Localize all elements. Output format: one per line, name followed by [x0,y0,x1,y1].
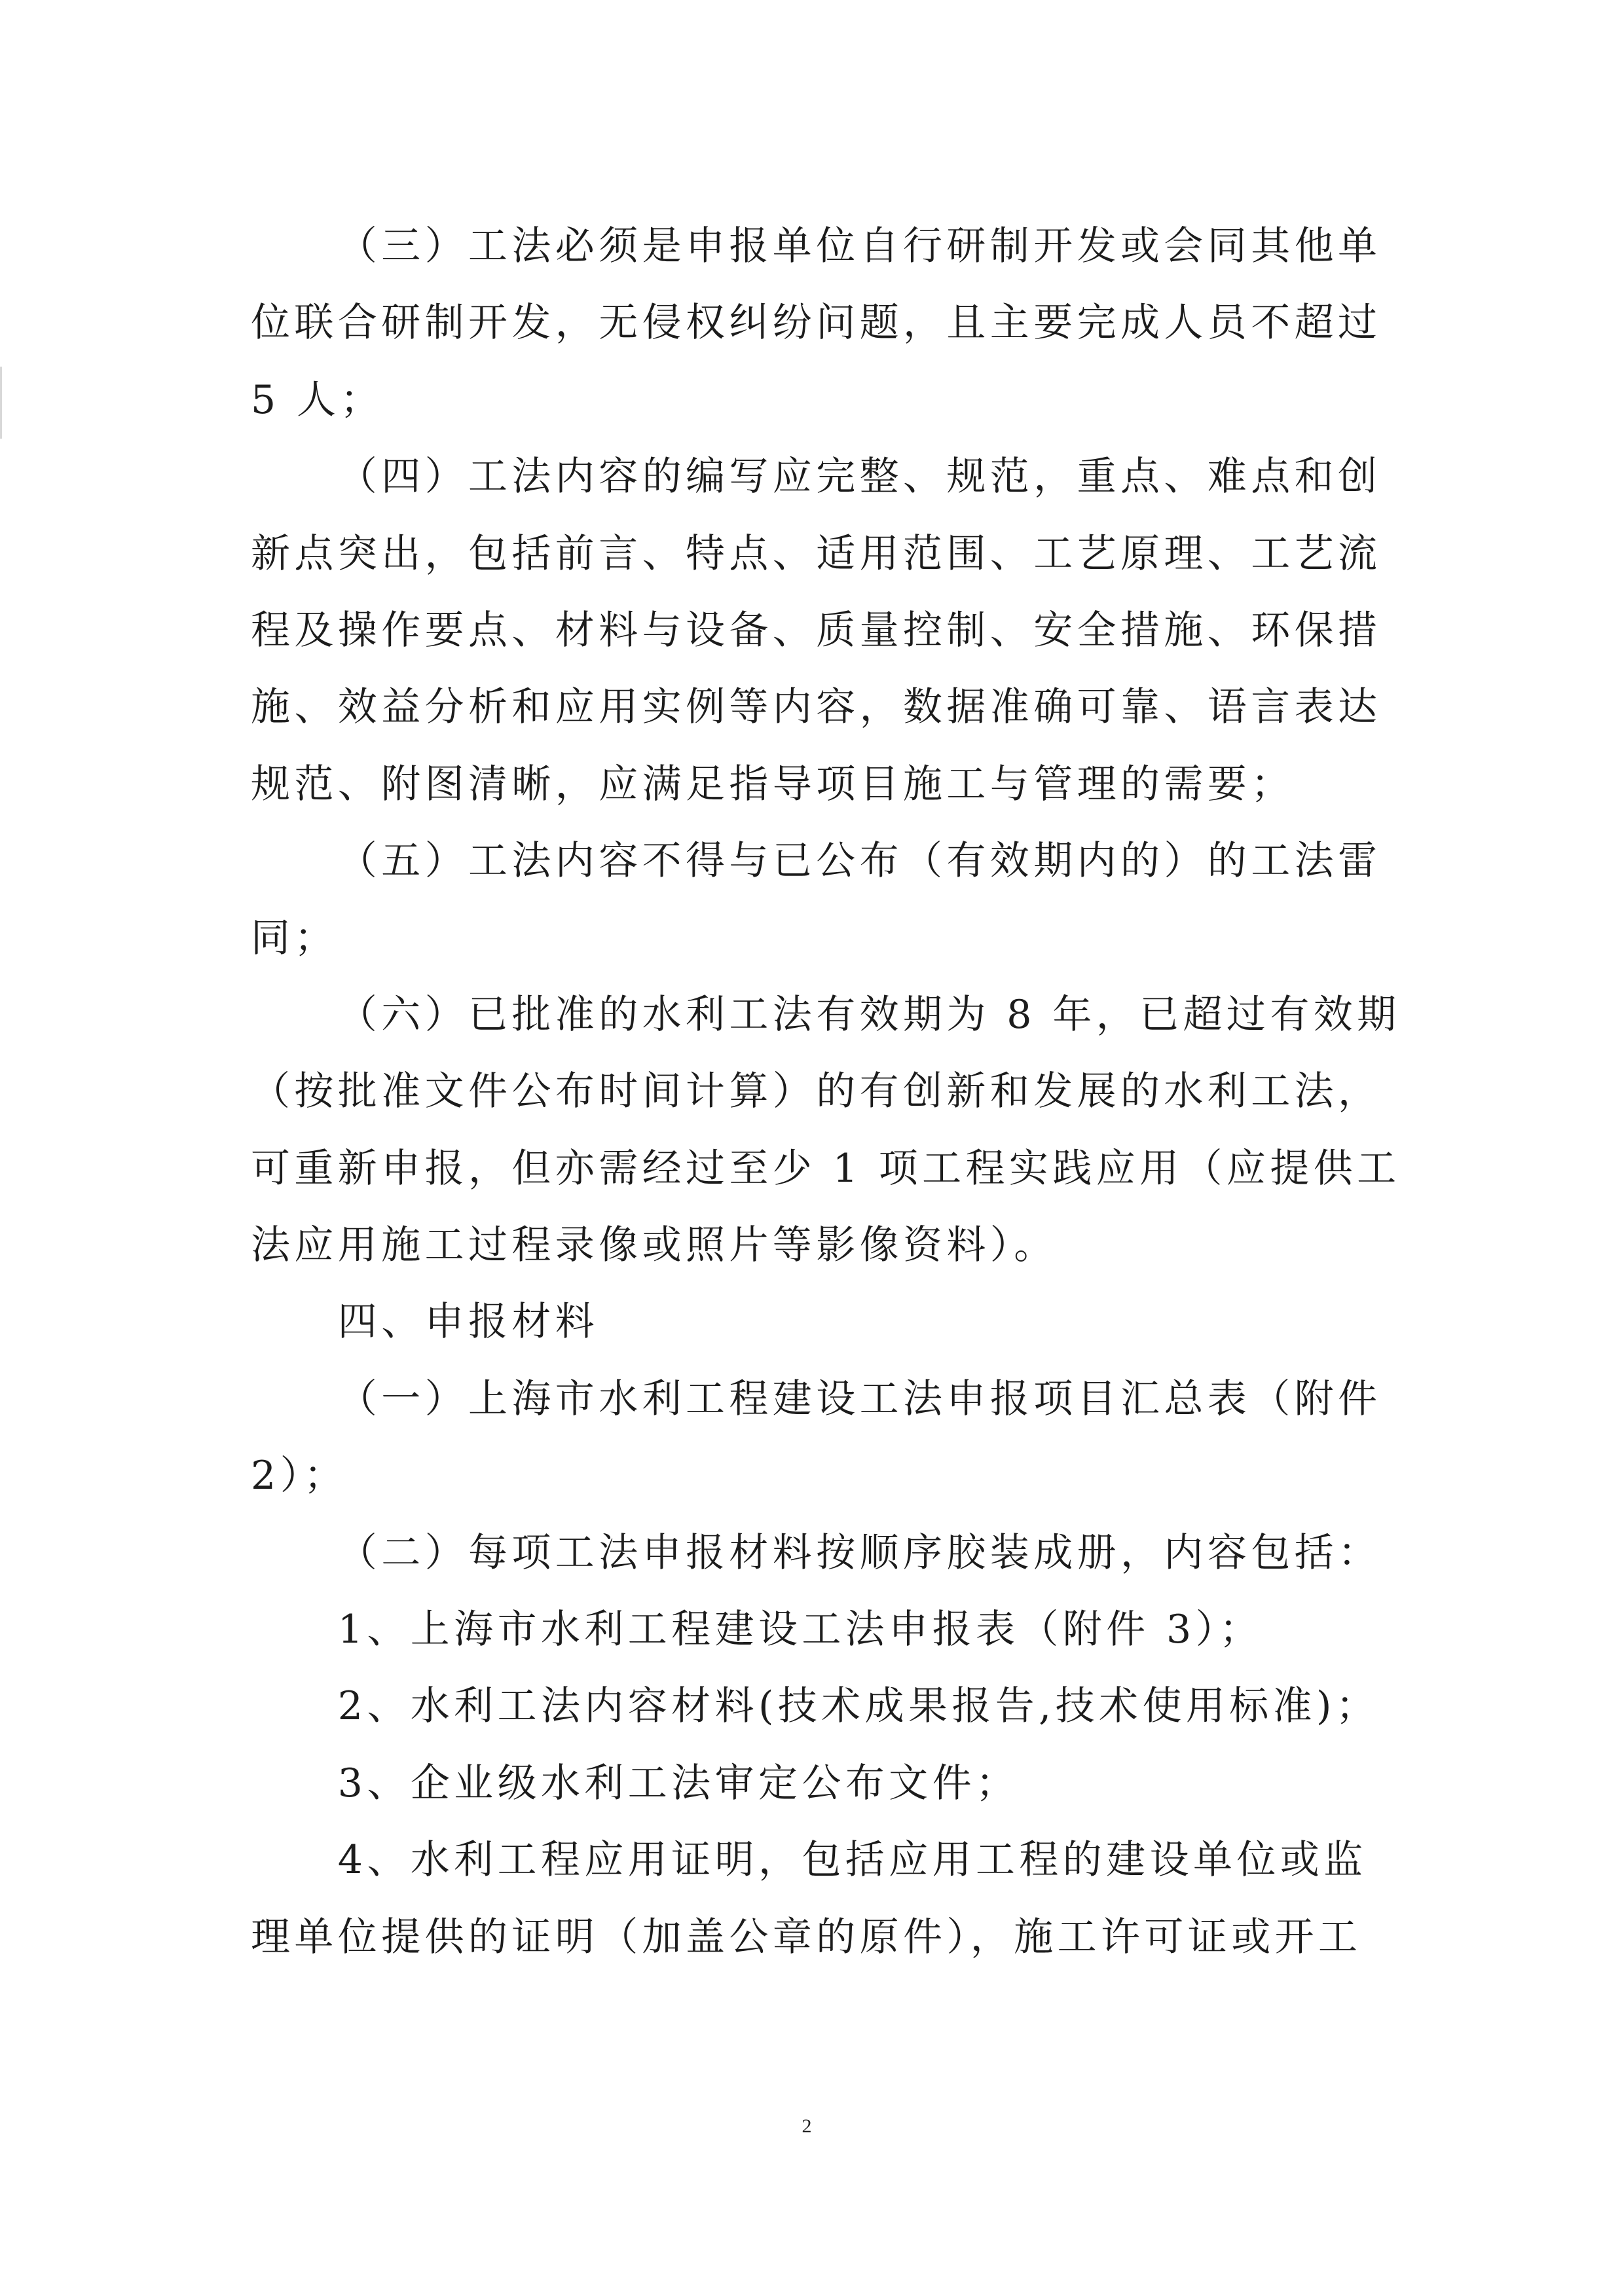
paragraph-clause-6: （六）已批准的水利工法有效期为 8 年，已超过有效期 （按批准文件公布时间计算）… [251,977,1390,1285]
paragraph-material-2: （二）每项工法申报材料按顺序胶装成册，内容包括： [251,1515,1390,1592]
text-line: （四）工法内容的编写应完整、规范，重点、难点和创 [251,439,1390,515]
list-item-2: 2、水利工法内容材料(技术成果报告,技术使用标准)； [251,1668,1390,1745]
section-heading-materials: 四、申报材料 [251,1284,1390,1360]
text-line: 程及操作要点、材料与设备、质量控制、安全措施、环保措 [251,592,1390,669]
text-line: 3、企业级水利工法审定公布文件； [251,1745,1390,1822]
paragraph-clause-4: （四）工法内容的编写应完整、规范，重点、难点和创 新点突出，包括前言、特点、适用… [251,439,1390,823]
paragraph-material-1: （一）上海市水利工程建设工法申报项目汇总表（附件 2）； [251,1361,1390,1515]
text-line: 1、上海市水利工程建设工法申报表（附件 3）； [251,1592,1390,1668]
paragraph-clause-3: （三）工法必须是申报单位自行研制开发或会同其他单 位联合研制开发，无侵权纠纷问题… [251,208,1390,439]
scan-edge-artifact [0,367,2,439]
page-number: 2 [794,2113,820,2140]
text-line: 2）； [251,1438,1390,1514]
text-line: 可重新申报，但亦需经过至少 1 项工程实践应用（应提供工 [251,1131,1390,1207]
text-line: （二）每项工法申报材料按顺序胶装成册，内容包括： [251,1515,1390,1592]
text-line: 法应用施工过程录像或照片等影像资料）。 [251,1207,1390,1284]
text-line: （六）已批准的水利工法有效期为 8 年，已超过有效期 [251,977,1390,1053]
body-text: （三）工法必须是申报单位自行研制开发或会同其他单 位联合研制开发，无侵权纠纷问题… [251,208,1390,1976]
text-line: 理单位提供的证明（加盖公章的原件），施工许可证或开工 [251,1899,1390,1976]
text-line: 4、水利工程应用证明，包括应用工程的建设单位或监 [251,1822,1390,1899]
text-line: 新点突出，包括前言、特点、适用范围、工艺原理、工艺流 [251,516,1390,592]
text-line: （三）工法必须是申报单位自行研制开发或会同其他单 [251,208,1390,285]
text-line: 规范、附图清晰，应满足指导项目施工与管理的需要； [251,746,1390,823]
text-line: （五）工法内容不得与已公布（有效期内的）的工法雷 [251,823,1390,900]
text-line: 2、水利工法内容材料(技术成果报告,技术使用标准)； [251,1668,1390,1745]
text-line: 同； [251,900,1390,977]
text-line: （一）上海市水利工程建设工法申报项目汇总表（附件 [251,1361,1390,1438]
text-line: 施、效益分析和应用实例等内容，数据准确可靠、语言表达 [251,669,1390,746]
text-line: 位联合研制开发，无侵权纠纷问题，且主要完成人员不超过 [251,285,1390,361]
list-item-4: 4、水利工程应用证明，包括应用工程的建设单位或监 理单位提供的证明（加盖公章的原… [251,1822,1390,1976]
document-page: （三）工法必须是申报单位自行研制开发或会同其他单 位联合研制开发，无侵权纠纷问题… [0,0,1624,2296]
text-line: （按批准文件公布时间计算）的有创新和发展的水利工法， [251,1053,1390,1130]
text-line: 5 人； [251,362,1390,439]
section-heading: 四、申报材料 [251,1284,1390,1360]
list-item-3: 3、企业级水利工法审定公布文件； [251,1745,1390,1822]
list-item-1: 1、上海市水利工程建设工法申报表（附件 3）； [251,1592,1390,1668]
paragraph-clause-5: （五）工法内容不得与已公布（有效期内的）的工法雷 同； [251,823,1390,977]
